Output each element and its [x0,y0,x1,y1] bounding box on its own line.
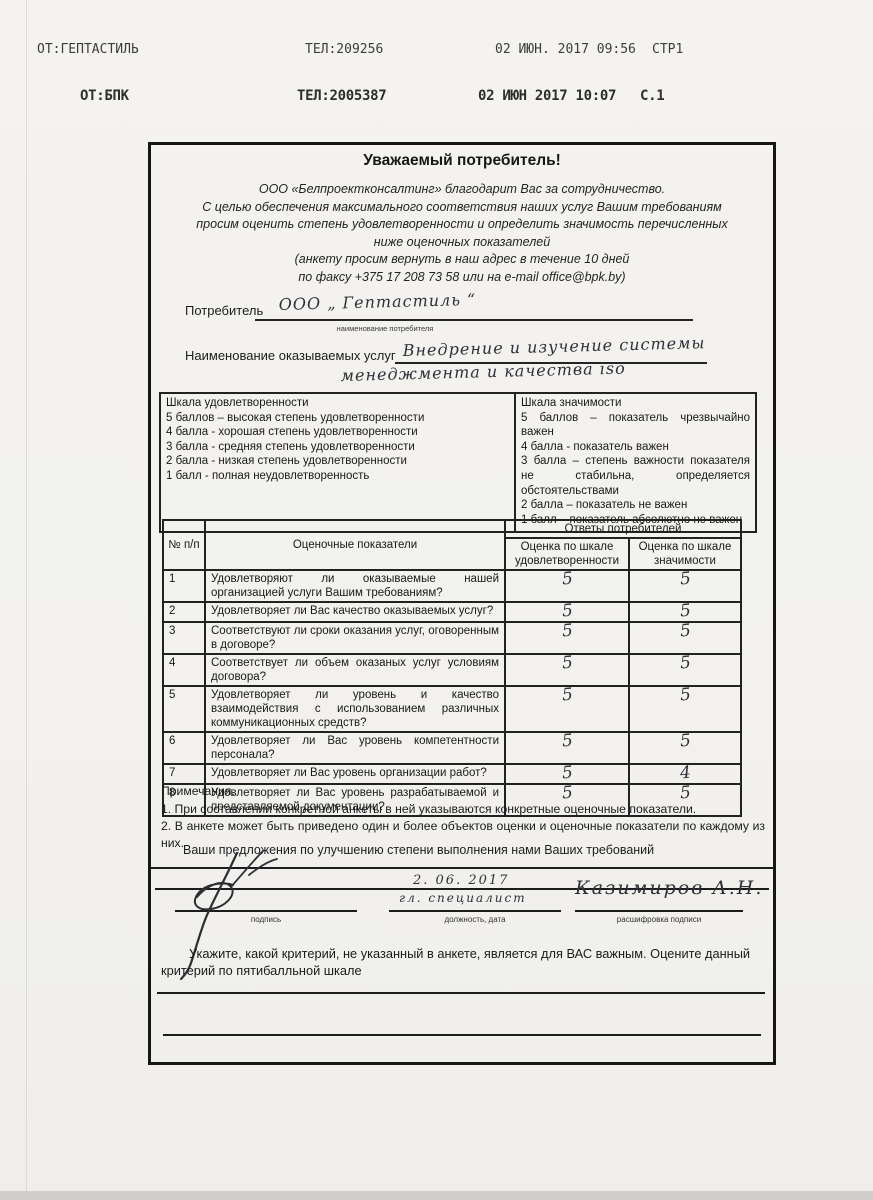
row-significance-score: 4 [629,764,741,784]
row-indicator: Соответствует ли объем оказаных услуг ус… [205,654,505,686]
fax-from-1: ОТ:ГЕПТАСТИЛЬ [37,42,139,57]
fax-page-1: СТР1 [652,42,683,57]
footer-instruction: Укажите, какой критерий, не указанный в … [161,945,767,979]
rating-scales-box: Шкала удовлетворенности 5 баллов – высок… [159,392,757,533]
col-header-answers: Ответы потребителей [505,520,741,538]
row-indicator: Удовлетворяет ли уровень и качество взаи… [205,686,505,732]
satisfaction-scale-title: Шкала удовлетворенности [166,396,509,411]
services-handwritten-line2: менеджмента и качества iso [341,366,626,386]
row-num: 5 [163,686,205,732]
row-satisfaction-score: 5 [505,764,629,784]
table-row: 4 Соответствует ли объем оказаных услуг … [163,654,741,686]
name-line-label: расшифровка подписи [575,915,743,924]
intro-line: С целью обеспечения максимального соотве… [157,199,767,217]
scale-item: 4 балла - показатель важен [521,440,750,455]
row-indicator: Удовлетворяет ли Вас уровень компетентно… [205,732,505,764]
row-satisfaction-score: 5 [505,602,629,622]
fax-tel-1: ТЕЛ:209256 [305,42,383,57]
row-significance-score: 5 [629,570,741,602]
handwritten-date: 2. 06. 2017 [413,871,509,889]
col-header-num: № п/п [163,520,205,570]
position-date-line-label: должность, дата [389,915,561,924]
scale-item: 3 балла - средняя степень удовлетворенно… [166,440,509,455]
intro-paragraph: ООО «Белпроектконсалтинг» благодарит Вас… [157,181,767,286]
handwritten-position: гл. специалист [399,889,527,907]
row-satisfaction-score: 5 [505,622,629,654]
table-row: 7 Удовлетворяет ли Вас уровень организац… [163,764,741,784]
row-significance-score: 5 [629,622,741,654]
consumer-field-sublabel: наименование потребителя [255,324,515,333]
form-title: Уважаемый потребитель! [151,152,773,170]
table-row: 5 Удовлетворяет ли уровень и качество вз… [163,686,741,732]
row-indicator: Удовлетворяет ли Вас уровень организации… [205,764,505,784]
row-indicator: Удовлетворяет ли Вас качество оказываемы… [205,602,505,622]
intro-line: ООО «Белпроектконсалтинг» благодарит Вас… [157,181,767,199]
row-satisfaction-score: 5 [505,732,629,764]
notes-section: Примечания. 1. При составлении конкретно… [161,783,765,851]
survey-table: № п/п Оценочные показатели Ответы потреб… [162,519,742,817]
table-row: 3 Соответствуют ли сроки оказания услуг,… [163,622,741,654]
fax-datetime-1: 02 ИЮН. 2017 09:56 [495,42,636,57]
significance-scale: Шкала значимости 5 баллов – показатель ч… [516,394,755,531]
row-significance-score: 5 [629,654,741,686]
col-header-indicators: Оценочные показатели [205,520,505,570]
row-num: 2 [163,602,205,622]
footer-blank-line [163,1034,761,1036]
fax-tel-2: ТЕЛ:2005387 [297,88,386,104]
consumer-field-label: Потребитель [185,303,263,318]
table-header-row: № п/п Оценочные показатели Ответы потреб… [163,520,741,538]
scale-item: 2 балла - низкая степень удовлетвореннос… [166,454,509,469]
fax-datetime-2: 02 ИЮН 2017 10:07 [478,88,616,104]
services-handwritten-line1: Внедрение и изучение системы [403,341,706,361]
services-field-label: Наименование оказываемых услуг [185,348,396,363]
row-indicator: Удовлетворяют ли оказываемые нашей орган… [205,570,505,602]
scan-edge-artifact [26,0,27,1200]
scale-item: 3 балла – степень важности показателя не… [521,454,750,498]
footer-blank-line [157,992,765,994]
table-row: 6 Удовлетворяет ли Вас уровень компетент… [163,732,741,764]
row-significance-score: 5 [629,602,741,622]
survey-form: Уважаемый потребитель! ООО «Белпроекткон… [148,142,776,1065]
row-num: 3 [163,622,205,654]
fax-from-2: ОТ:БПК [80,88,129,104]
scan-edge-artifact [0,1191,873,1200]
row-num: 7 [163,764,205,784]
row-significance-score: 5 [629,686,741,732]
row-indicator: Соответствуют ли сроки оказания услуг, о… [205,622,505,654]
fax-page-2: С.1 [640,88,664,104]
intro-line: по факсу +375 17 208 73 58 или на e-mail… [157,269,767,287]
intro-line: (анкету просим вернуть в наш адрес в теч… [157,251,767,269]
row-satisfaction-score: 5 [505,654,629,686]
consumer-handwritten-value: ООО „ Гептастиль “ [279,295,477,315]
intro-line: ниже оценочных показателей [157,234,767,252]
note-item: 1. При составлении конкретной анкеты в н… [161,801,765,818]
row-num: 4 [163,654,205,686]
scale-item: 2 балла – показатель не важен [521,498,750,513]
scale-item: 5 баллов – высокая степень удовлетворенн… [166,411,509,426]
row-satisfaction-score: 5 [505,570,629,602]
row-num: 1 [163,570,205,602]
handwritten-name: Казимиров А.Н. [575,877,763,899]
satisfaction-scale: Шкала удовлетворенности 5 баллов – высок… [161,394,516,531]
row-significance-score: 5 [629,732,741,764]
row-satisfaction-score: 5 [505,686,629,732]
row-num: 6 [163,732,205,764]
intro-line: просим оценить степень удовлетворенности… [157,216,767,234]
table-row: 1 Удовлетворяют ли оказываемые нашей орг… [163,570,741,602]
scale-item: 1 балл - полная неудовлетворенность [166,469,509,484]
scale-item: 5 баллов – показатель чрезвычайно важен [521,411,750,440]
notes-title: Примечания. [161,783,765,800]
table-row: 2 Удовлетворяет ли Вас качество оказывае… [163,602,741,622]
col-header-satisfaction: Оценка по шкале удовлетворенности [505,538,629,570]
significance-scale-title: Шкала значимости [521,396,750,411]
scanned-fax-page: ОТ:ГЕПТАСТИЛЬ ТЕЛ:209256 02 ИЮН. 2017 09… [0,0,873,1200]
scale-item: 4 балла - хорошая степень удовлетворенно… [166,425,509,440]
col-header-significance: Оценка по шкале значимости [629,538,741,570]
